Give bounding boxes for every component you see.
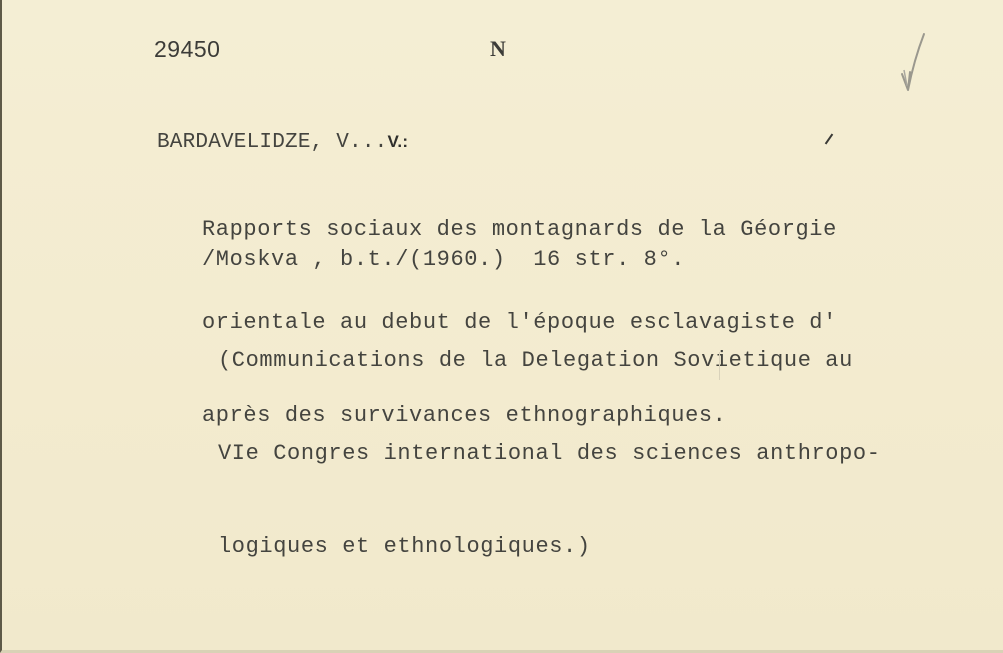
handwritten-accent [825,134,834,145]
series-line: (Communications de la Delegation Sovieti… [218,345,881,376]
author-separator: : [402,132,408,151]
series-line: VIe Congres international des sciences a… [218,438,881,469]
series-note: (Communications de la Delegation Sovieti… [218,283,881,624]
author-name: BARDAVELIDZE, V... [157,131,387,154]
title-line: Rapports sociaux des montagnards de la G… [202,214,837,245]
handwritten-initial: V. [387,132,402,151]
paper-mark [719,352,720,380]
series-line: logiques et ethnologiques.) [218,531,881,562]
call-number: 29450 [154,36,220,63]
catalog-card: 29450 N BARDAVELIDZE, V...V.: Rapports s… [0,0,1003,653]
shelf-mark: N [490,36,506,62]
check-mark-icon [898,30,928,96]
imprint: /Moskva , b.t./(1960.) 16 str. 8°. [202,244,685,275]
